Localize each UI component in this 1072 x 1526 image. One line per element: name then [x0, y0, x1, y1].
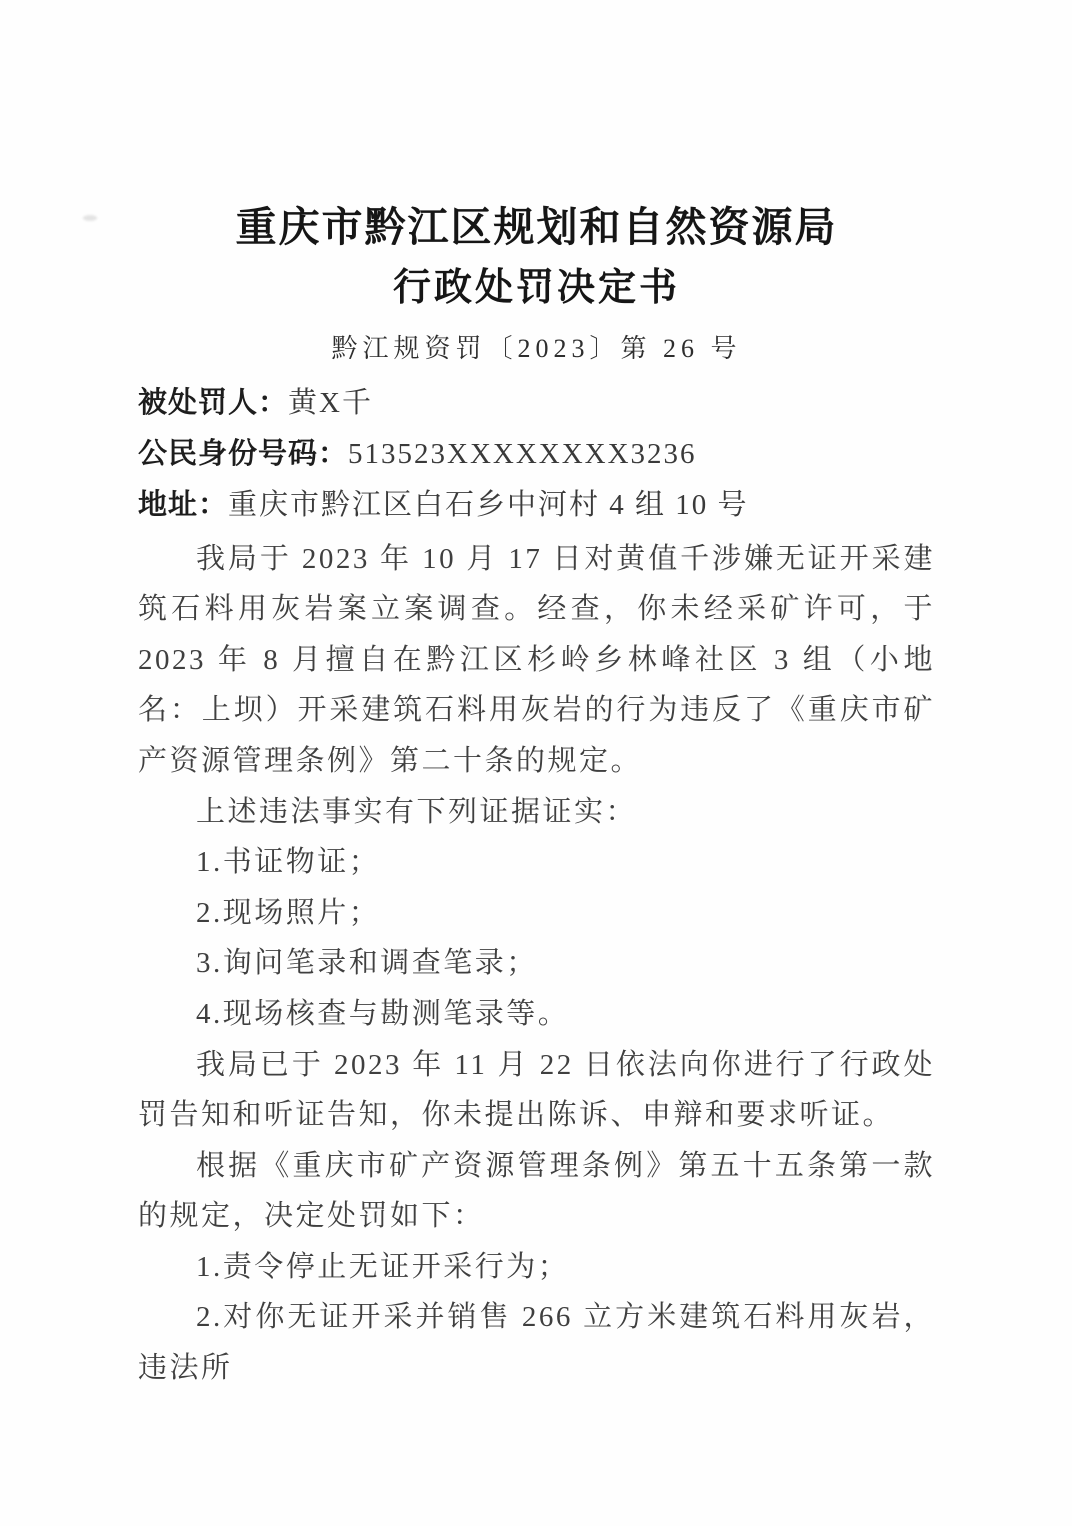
- penalized-person-label: 被处罚人：: [138, 387, 288, 419]
- address-label: 地址：: [138, 489, 228, 521]
- paragraph-penalty-basis: 根据《重庆市矿产资源管理条例》第五十五条第一款的规定，决定处罚如下：: [138, 1141, 935, 1242]
- document-page: 重庆市黔江区规划和自然资源局 行政处罚决定书 黔江规资罚〔2023〕第 26 号…: [0, 0, 1072, 1526]
- field-row-address: 地址：重庆市黔江区白石乡中河村 4 组 10 号: [138, 480, 935, 531]
- paragraph-evidence-intro: 上述违法事实有下列证据证实：: [138, 787, 935, 838]
- document-title-line1: 重庆市黔江区规划和自然资源局: [138, 203, 935, 252]
- document-content: 重庆市黔江区规划和自然资源局 行政处罚决定书 黔江规资罚〔2023〕第 26 号…: [138, 0, 935, 1394]
- penalty-item-2: 2.对你无证开采并销售 266 立方米建筑石料用灰岩，违法所: [138, 1292, 935, 1393]
- evidence-item-1: 1.书证物证；: [138, 837, 935, 888]
- id-number-label: 公民身份号码：: [138, 438, 348, 470]
- address-value: 重庆市黔江区白石乡中河村 4 组 10 号: [228, 489, 749, 521]
- penalty-item-1: 1.责令停止无证开采行为；: [138, 1242, 935, 1293]
- penalized-person-value: 黄X千: [288, 387, 373, 419]
- evidence-item-3: 3.询问笔录和调查笔录；: [138, 938, 935, 989]
- document-number: 黔江规资罚〔2023〕第 26 号: [138, 332, 935, 366]
- id-number-value: 513523XXXXXXXX3236: [348, 438, 697, 470]
- evidence-item-4: 4.现场核查与勘测笔录等。: [138, 989, 935, 1040]
- document-body: 我局于 2023 年 10 月 17 日对黄值千涉嫌无证开采建筑石料用灰岩案立案…: [138, 534, 935, 1394]
- evidence-item-2: 2.现场照片；: [138, 888, 935, 939]
- field-row-id-number: 公民身份号码：513523XXXXXXXX3236: [138, 429, 935, 480]
- document-title-line2: 行政处罚决定书: [138, 266, 935, 312]
- scan-artifact: [83, 215, 97, 221]
- paragraph-notification: 我局已于 2023 年 11 月 22 日依法向你进行了行政处罚告知和听证告知，…: [138, 1040, 935, 1141]
- field-row-penalized-person: 被处罚人：黄X千: [138, 378, 935, 429]
- paragraph-case-investigation: 我局于 2023 年 10 月 17 日对黄值千涉嫌无证开采建筑石料用灰岩案立案…: [138, 534, 935, 787]
- recipient-fields: 被处罚人：黄X千 公民身份号码：513523XXXXXXXX3236 地址：重庆…: [138, 378, 935, 531]
